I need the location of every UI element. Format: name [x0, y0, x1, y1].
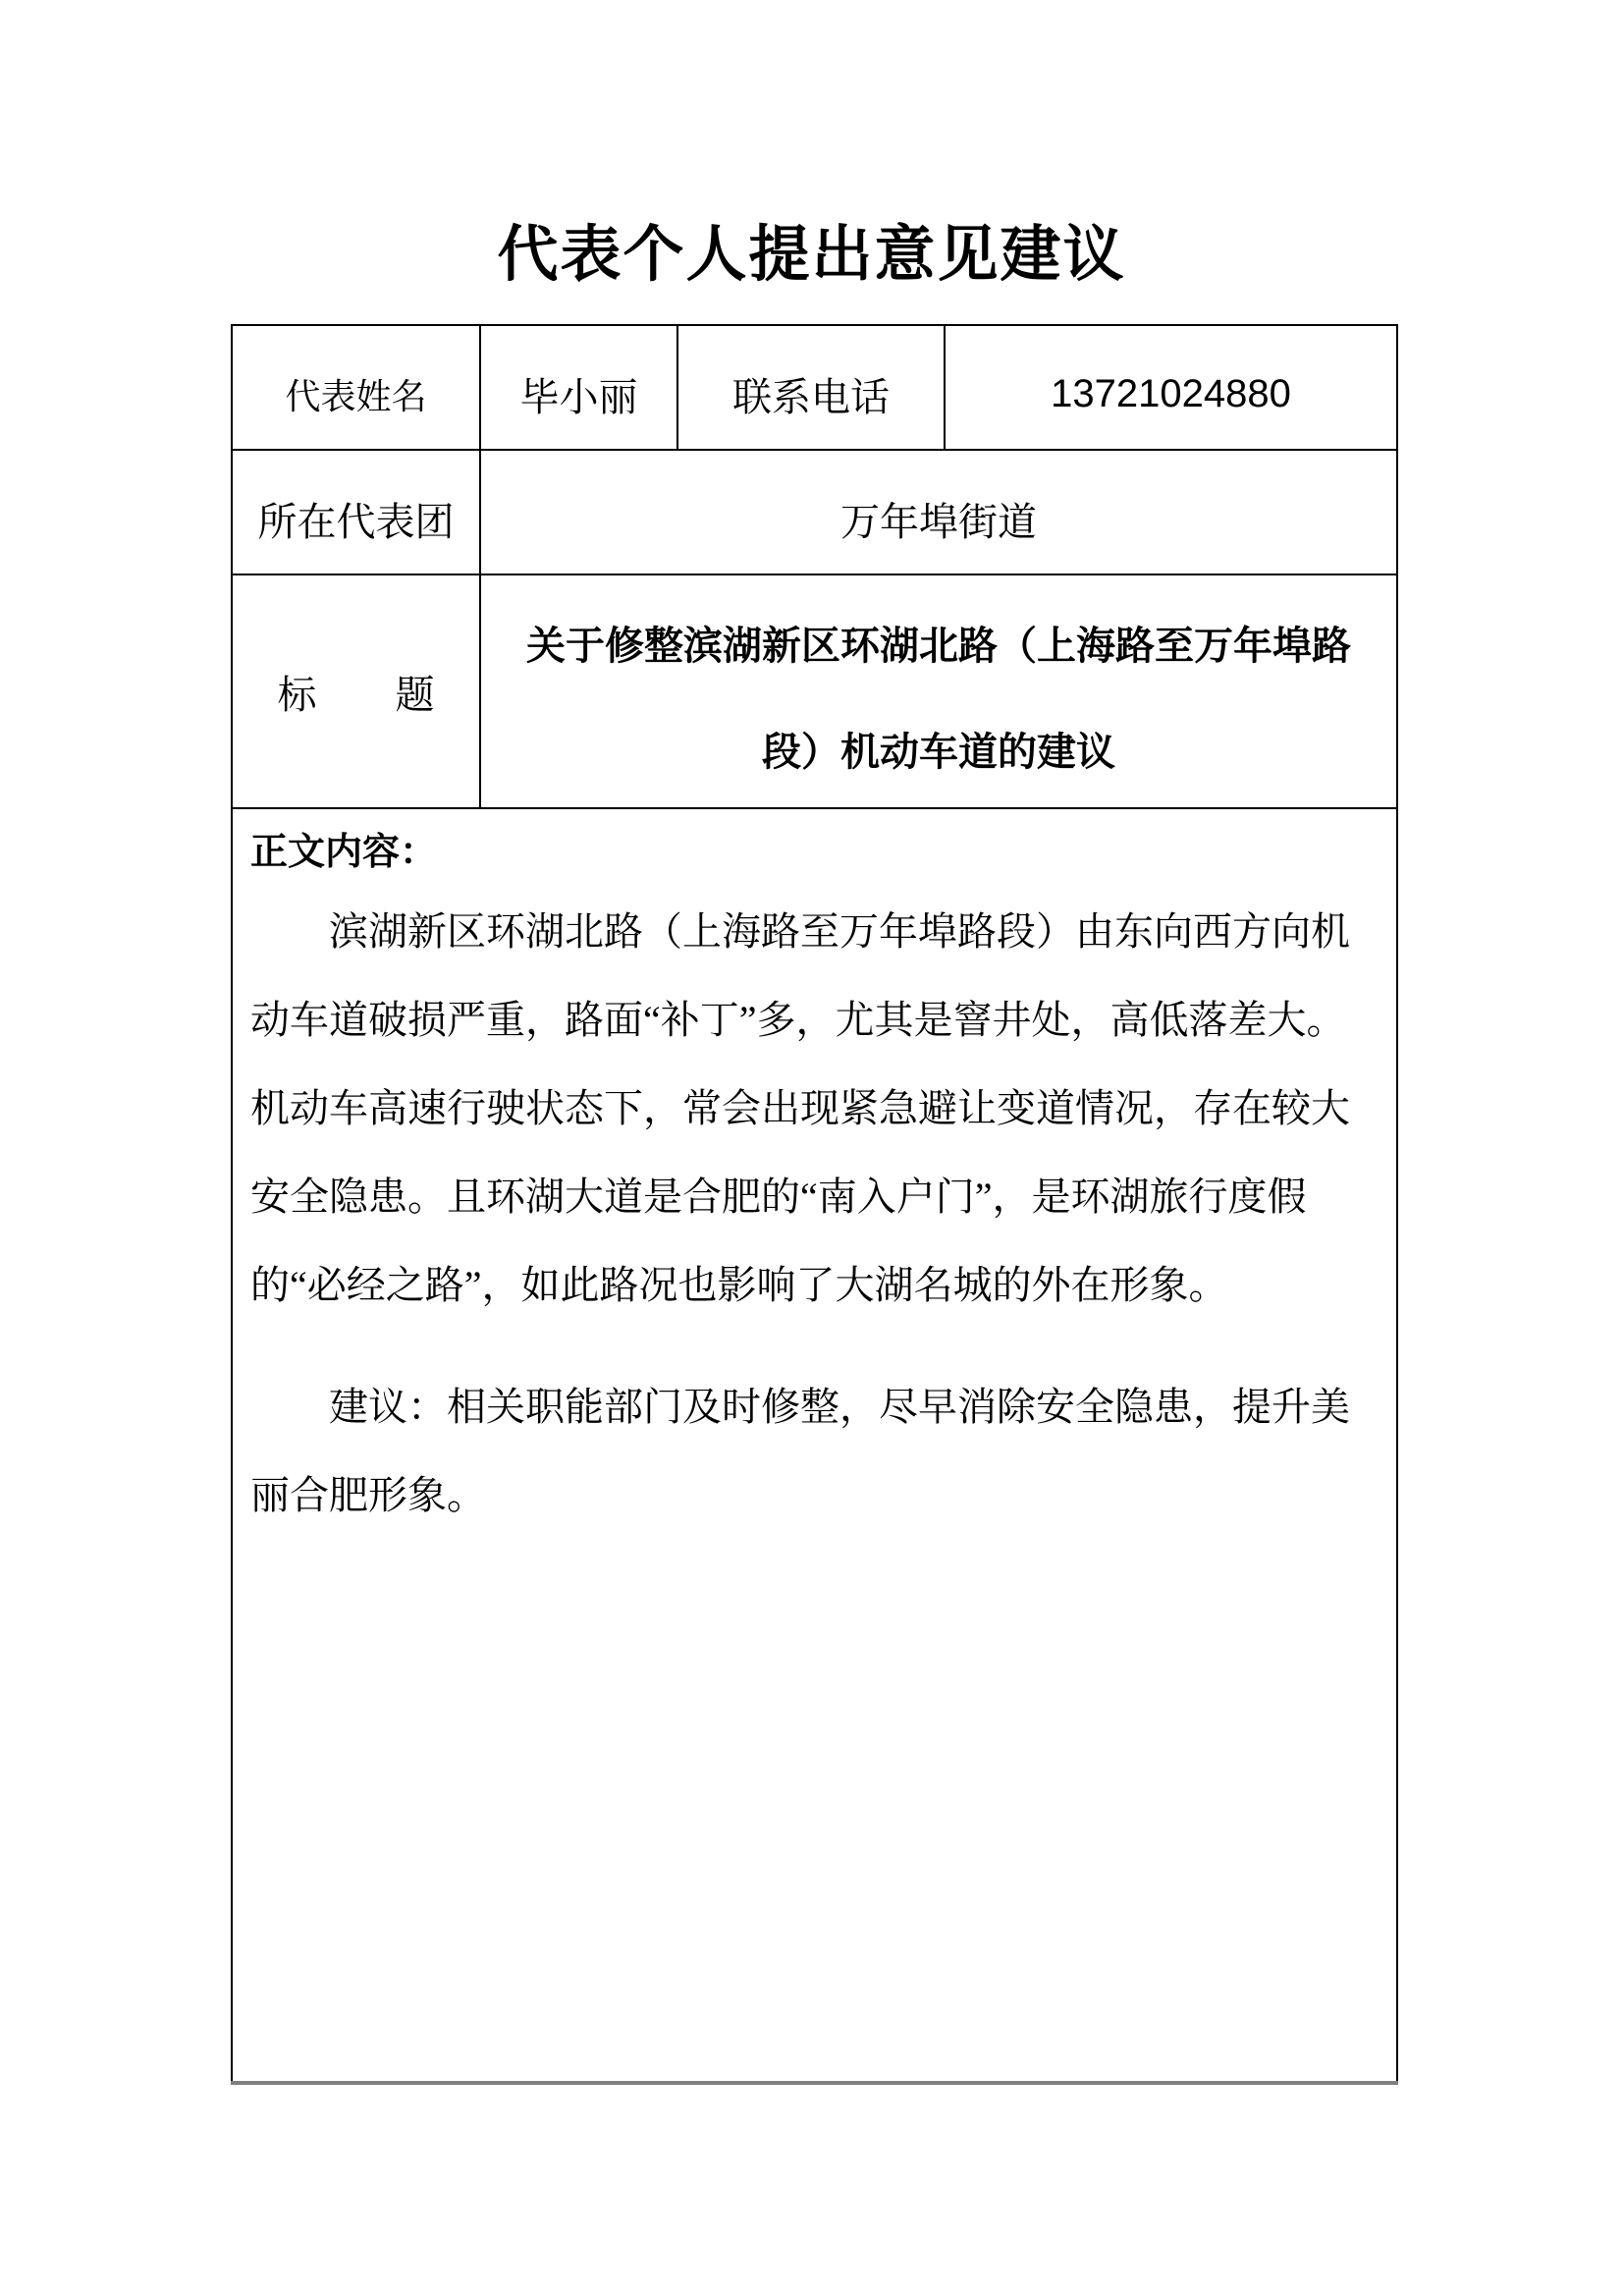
table-row-rep-info: 代表姓名 毕小丽 联系电话 13721024880: [232, 325, 1397, 450]
phone-value: 13721024880: [945, 325, 1397, 450]
body-line: 丽合肥形象。: [250, 1451, 1379, 1540]
body-line: 滨湖新区环湖北路（上海路至万年埠路段）由东向西方向机: [250, 888, 1379, 976]
body-line: 的“必经之路”，如此路况也影响了大湖名城的外在形象。: [250, 1241, 1379, 1330]
body-content-heading: 正文内容：: [250, 829, 1379, 876]
page-title: 代表个人提出意见建议: [0, 216, 1623, 295]
body-line: 动车道破损严重，路面“补丁”多，尤其是窨井处，高低落差大。: [250, 976, 1379, 1065]
body-paragraph-1: 滨湖新区环湖北路（上海路至万年埠路段）由东向西方向机 动车道破损严重，路面“补丁…: [250, 888, 1379, 1330]
title-value: 关于修整滨湖新区环湖北路（上海路至万年埠路 段）机动车道的建议: [480, 574, 1397, 808]
delegation-value: 万年埠街道: [480, 450, 1397, 574]
delegation-label: 所在代表团: [232, 450, 480, 574]
title-value-line-1: 关于修整滨湖新区环湖北路（上海路至万年埠路: [481, 593, 1396, 699]
rep-name-label: 代表姓名: [232, 325, 480, 450]
body-content-cell: 正文内容： 滨湖新区环湖北路（上海路至万年埠路段）由东向西方向机 动车道破损严重…: [232, 808, 1397, 2083]
body-line: 机动车高速行驶状态下，常会出现紧急避让变道情况，存在较大: [250, 1065, 1379, 1153]
body-line: 安全隐患。且环湖大道是合肥的“南入户门”，是环湖旅行度假: [250, 1153, 1379, 1241]
body-paragraph-2: 建议：相关职能部门及时修整，尽早消除安全隐患，提升美 丽合肥形象。: [250, 1363, 1379, 1540]
title-value-line-2: 段）机动车道的建议: [481, 699, 1396, 805]
phone-label: 联系电话: [677, 325, 945, 450]
title-label: 标 题: [232, 574, 480, 808]
suggestion-form-table: 代表姓名 毕小丽 联系电话 13721024880 所在代表团 万年埠街道 标 …: [231, 324, 1398, 2085]
document-page: 代表个人提出意见建议 代表姓名 毕小丽 联系电话 13721024880 所在代…: [0, 0, 1623, 2296]
body-line: 建议：相关职能部门及时修整，尽早消除安全隐患，提升美: [250, 1363, 1379, 1451]
rep-name-value: 毕小丽: [480, 325, 677, 450]
table-row-delegation: 所在代表团 万年埠街道: [232, 450, 1397, 574]
table-row-title: 标 题 关于修整滨湖新区环湖北路（上海路至万年埠路 段）机动车道的建议: [232, 574, 1397, 808]
table-row-body: 正文内容： 滨湖新区环湖北路（上海路至万年埠路段）由东向西方向机 动车道破损严重…: [232, 808, 1397, 2083]
